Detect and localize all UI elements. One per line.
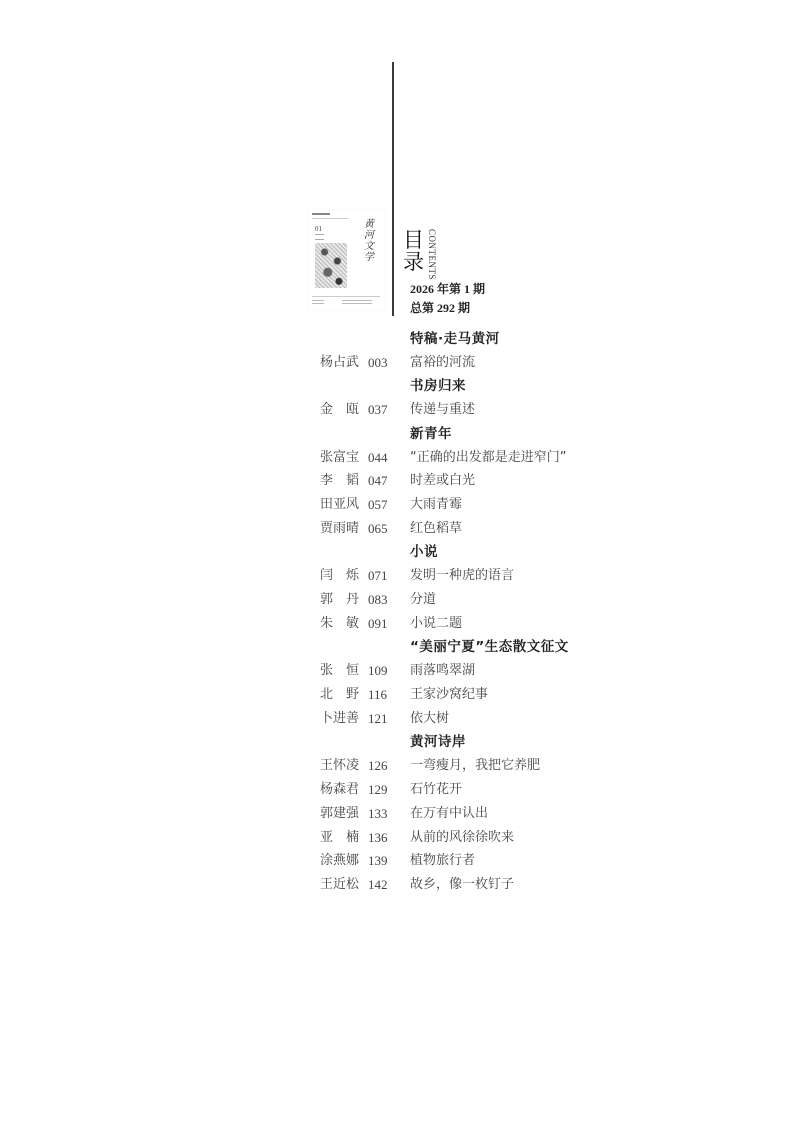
entry-title: 一弯瘦月，我把它养肥 xyxy=(410,756,540,776)
header-divider-line xyxy=(392,62,394,316)
toc-section-heading: 小说 xyxy=(0,542,800,562)
toc-section-heading: 黄河诗岸 xyxy=(0,732,800,752)
toc-section-heading: “美丽宁夏”生态散文征文 xyxy=(0,637,800,657)
toc-entry[interactable]: 张富宝 044 “正确的出发都是走进窄门” xyxy=(0,448,800,468)
section-title: 小说 xyxy=(410,542,438,562)
cover-calligraphy-title: 黄河文学 xyxy=(362,219,376,263)
entry-author: 郭 丹 xyxy=(320,590,364,610)
entry-page-number: 044 xyxy=(368,448,388,468)
toc-entry[interactable]: 贾雨晴 065 红色稻草 xyxy=(0,519,800,539)
entry-title: “正确的出发都是走进窄门” xyxy=(410,448,566,468)
entry-author: 郭建强 xyxy=(320,804,364,824)
entry-title: 分道 xyxy=(410,590,436,610)
entry-page-number: 083 xyxy=(368,590,388,610)
entry-author: 张 恒 xyxy=(320,661,364,681)
entry-author: 卜进善 xyxy=(320,709,364,729)
contents-english-label: CONTENTS xyxy=(427,229,437,280)
entry-author: 王近松 xyxy=(320,875,364,895)
entry-title: 雨落鸣翠湖 xyxy=(410,661,475,681)
toc-entry[interactable]: 田亚风 057 大雨青霉 xyxy=(0,495,800,515)
contents-heading-bottom: 录 xyxy=(403,251,425,273)
entry-title: 大雨青霉 xyxy=(410,495,462,515)
toc-entry[interactable]: 北 野 116 王家沙窝纪事 xyxy=(0,685,800,705)
toc-entry[interactable]: 杨占武 003 富裕的河流 xyxy=(0,353,800,373)
entry-author: 金 瓯 xyxy=(320,400,364,420)
toc-section-heading: 书房归来 xyxy=(0,376,800,396)
toc-entry[interactable]: 郭建强 133 在万有中认出 xyxy=(0,804,800,824)
entry-title: 石竹花开 xyxy=(410,780,462,800)
entry-author: 田亚风 xyxy=(320,495,364,515)
cover-artwork-image xyxy=(315,243,347,288)
entry-author: 杨占武 xyxy=(320,353,364,373)
cover-issue-sub xyxy=(315,234,324,240)
entry-author: 闫 烁 xyxy=(320,566,364,586)
entry-title: 富裕的河流 xyxy=(410,353,475,373)
contents-heading: 目 录 xyxy=(403,229,425,273)
magazine-cover-thumbnail: 01 黄河文学 xyxy=(309,210,385,310)
entry-page-number: 139 xyxy=(368,851,388,871)
entry-page-number: 109 xyxy=(368,661,388,681)
entry-author: 亚 楠 xyxy=(320,828,364,848)
entry-title: 王家沙窝纪事 xyxy=(410,685,488,705)
entry-title: 在万有中认出 xyxy=(410,804,488,824)
toc-entry[interactable]: 朱 敏 091 小说二题 xyxy=(0,614,800,634)
toc-entry[interactable]: 金 瓯 037 传递与重述 xyxy=(0,400,800,420)
toc-entry[interactable]: 亚 楠 136 从前的风徐徐吹来 xyxy=(0,828,800,848)
cover-issue-number: 01 xyxy=(315,225,322,233)
entry-author: 王怀凌 xyxy=(320,756,364,776)
entry-page-number: 037 xyxy=(368,400,388,420)
toc-entry[interactable]: 王近松 142 故乡，像一枚钉子 xyxy=(0,875,800,895)
entry-author: 朱 敏 xyxy=(320,614,364,634)
toc-entry[interactable]: 杨森君 129 石竹花开 xyxy=(0,780,800,800)
entry-title: 依大树 xyxy=(410,709,449,729)
entry-author: 涂燕娜 xyxy=(320,851,364,871)
cover-top-line xyxy=(312,218,348,219)
section-title: “美丽宁夏”生态散文征文 xyxy=(410,637,569,657)
entry-title: 传递与重述 xyxy=(410,400,475,420)
entry-page-number: 047 xyxy=(368,471,388,491)
entry-page-number: 091 xyxy=(368,614,388,634)
toc-section-heading: 新青年 xyxy=(0,424,800,444)
entry-title: 红色稻草 xyxy=(410,519,462,539)
cover-top-bar xyxy=(312,213,330,215)
toc-section-heading: 特稿·走马黄河 xyxy=(0,329,800,349)
entry-page-number: 065 xyxy=(368,519,388,539)
contents-heading-top: 目 xyxy=(403,229,425,251)
entry-page-number: 121 xyxy=(368,709,388,729)
section-title: 特稿·走马黄河 xyxy=(410,329,500,349)
section-title: 新青年 xyxy=(410,424,452,444)
entry-page-number: 129 xyxy=(368,780,388,800)
entry-page-number: 116 xyxy=(368,685,387,705)
toc-entry[interactable]: 李 韬 047 时差或白光 xyxy=(0,471,800,491)
entry-page-number: 133 xyxy=(368,804,388,824)
entry-title: 小说二题 xyxy=(410,614,462,634)
toc-entry[interactable]: 郭 丹 083 分道 xyxy=(0,590,800,610)
toc-entry[interactable]: 张 恒 109 雨落鸣翠湖 xyxy=(0,661,800,681)
entry-title: 从前的风徐徐吹来 xyxy=(410,828,514,848)
entry-page-number: 142 xyxy=(368,875,388,895)
entry-title: 植物旅行者 xyxy=(410,851,475,871)
section-title: 书房归来 xyxy=(410,376,466,396)
entry-author: 李 韬 xyxy=(320,471,364,491)
entry-page-number: 071 xyxy=(368,566,388,586)
toc-entry[interactable]: 王怀凌 126 一弯瘦月，我把它养肥 xyxy=(0,756,800,776)
entry-author: 张富宝 xyxy=(320,448,364,468)
section-title: 黄河诗岸 xyxy=(410,732,466,752)
toc-entry[interactable]: 涂燕娜 139 植物旅行者 xyxy=(0,851,800,871)
issue-total-line: 总第 292 期 xyxy=(410,299,470,316)
entry-page-number: 126 xyxy=(368,756,388,776)
entry-page-number: 057 xyxy=(368,495,388,515)
entry-author: 北 野 xyxy=(320,685,364,705)
cover-footer-text xyxy=(312,296,380,307)
entry-author: 贾雨晴 xyxy=(320,519,364,539)
toc-entry[interactable]: 卜进善 121 依大树 xyxy=(0,709,800,729)
entry-page-number: 136 xyxy=(368,828,388,848)
entry-title: 故乡，像一枚钉子 xyxy=(410,875,514,895)
entry-title: 时差或白光 xyxy=(410,471,475,491)
entry-title: 发明一种虎的语言 xyxy=(410,566,514,586)
entry-page-number: 003 xyxy=(368,353,388,373)
issue-year-line: 2026 年第 1 期 xyxy=(410,280,485,297)
entry-author: 杨森君 xyxy=(320,780,364,800)
toc-entry[interactable]: 闫 烁 071 发明一种虎的语言 xyxy=(0,566,800,586)
